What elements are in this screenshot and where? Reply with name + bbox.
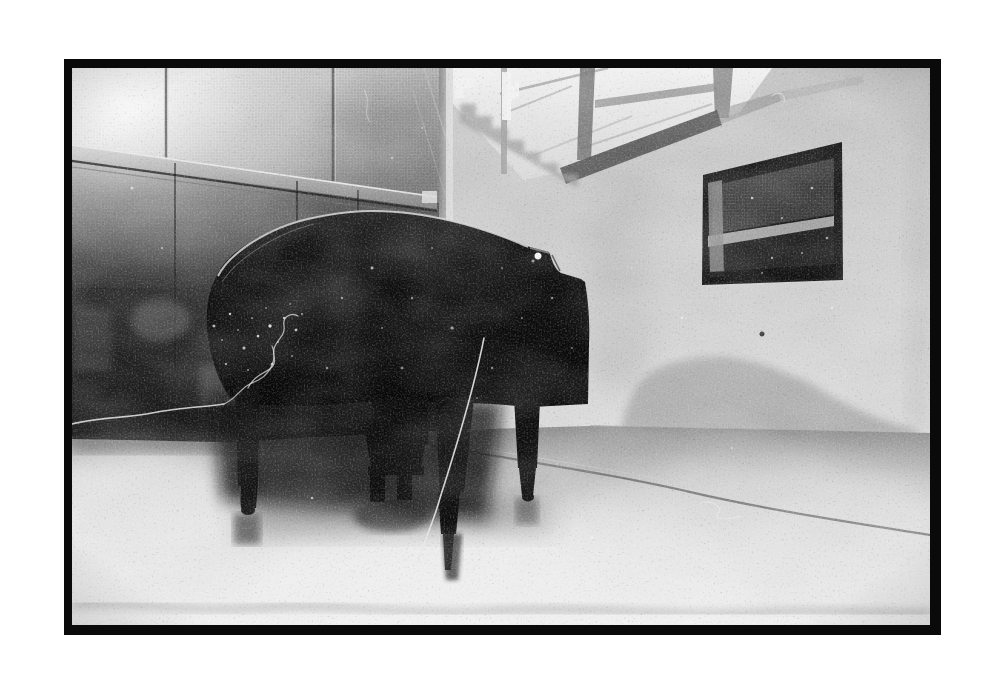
film-artifacts xyxy=(72,68,930,625)
framed-photograph xyxy=(0,0,1000,692)
photograph xyxy=(2,68,972,658)
vignette xyxy=(72,68,930,625)
